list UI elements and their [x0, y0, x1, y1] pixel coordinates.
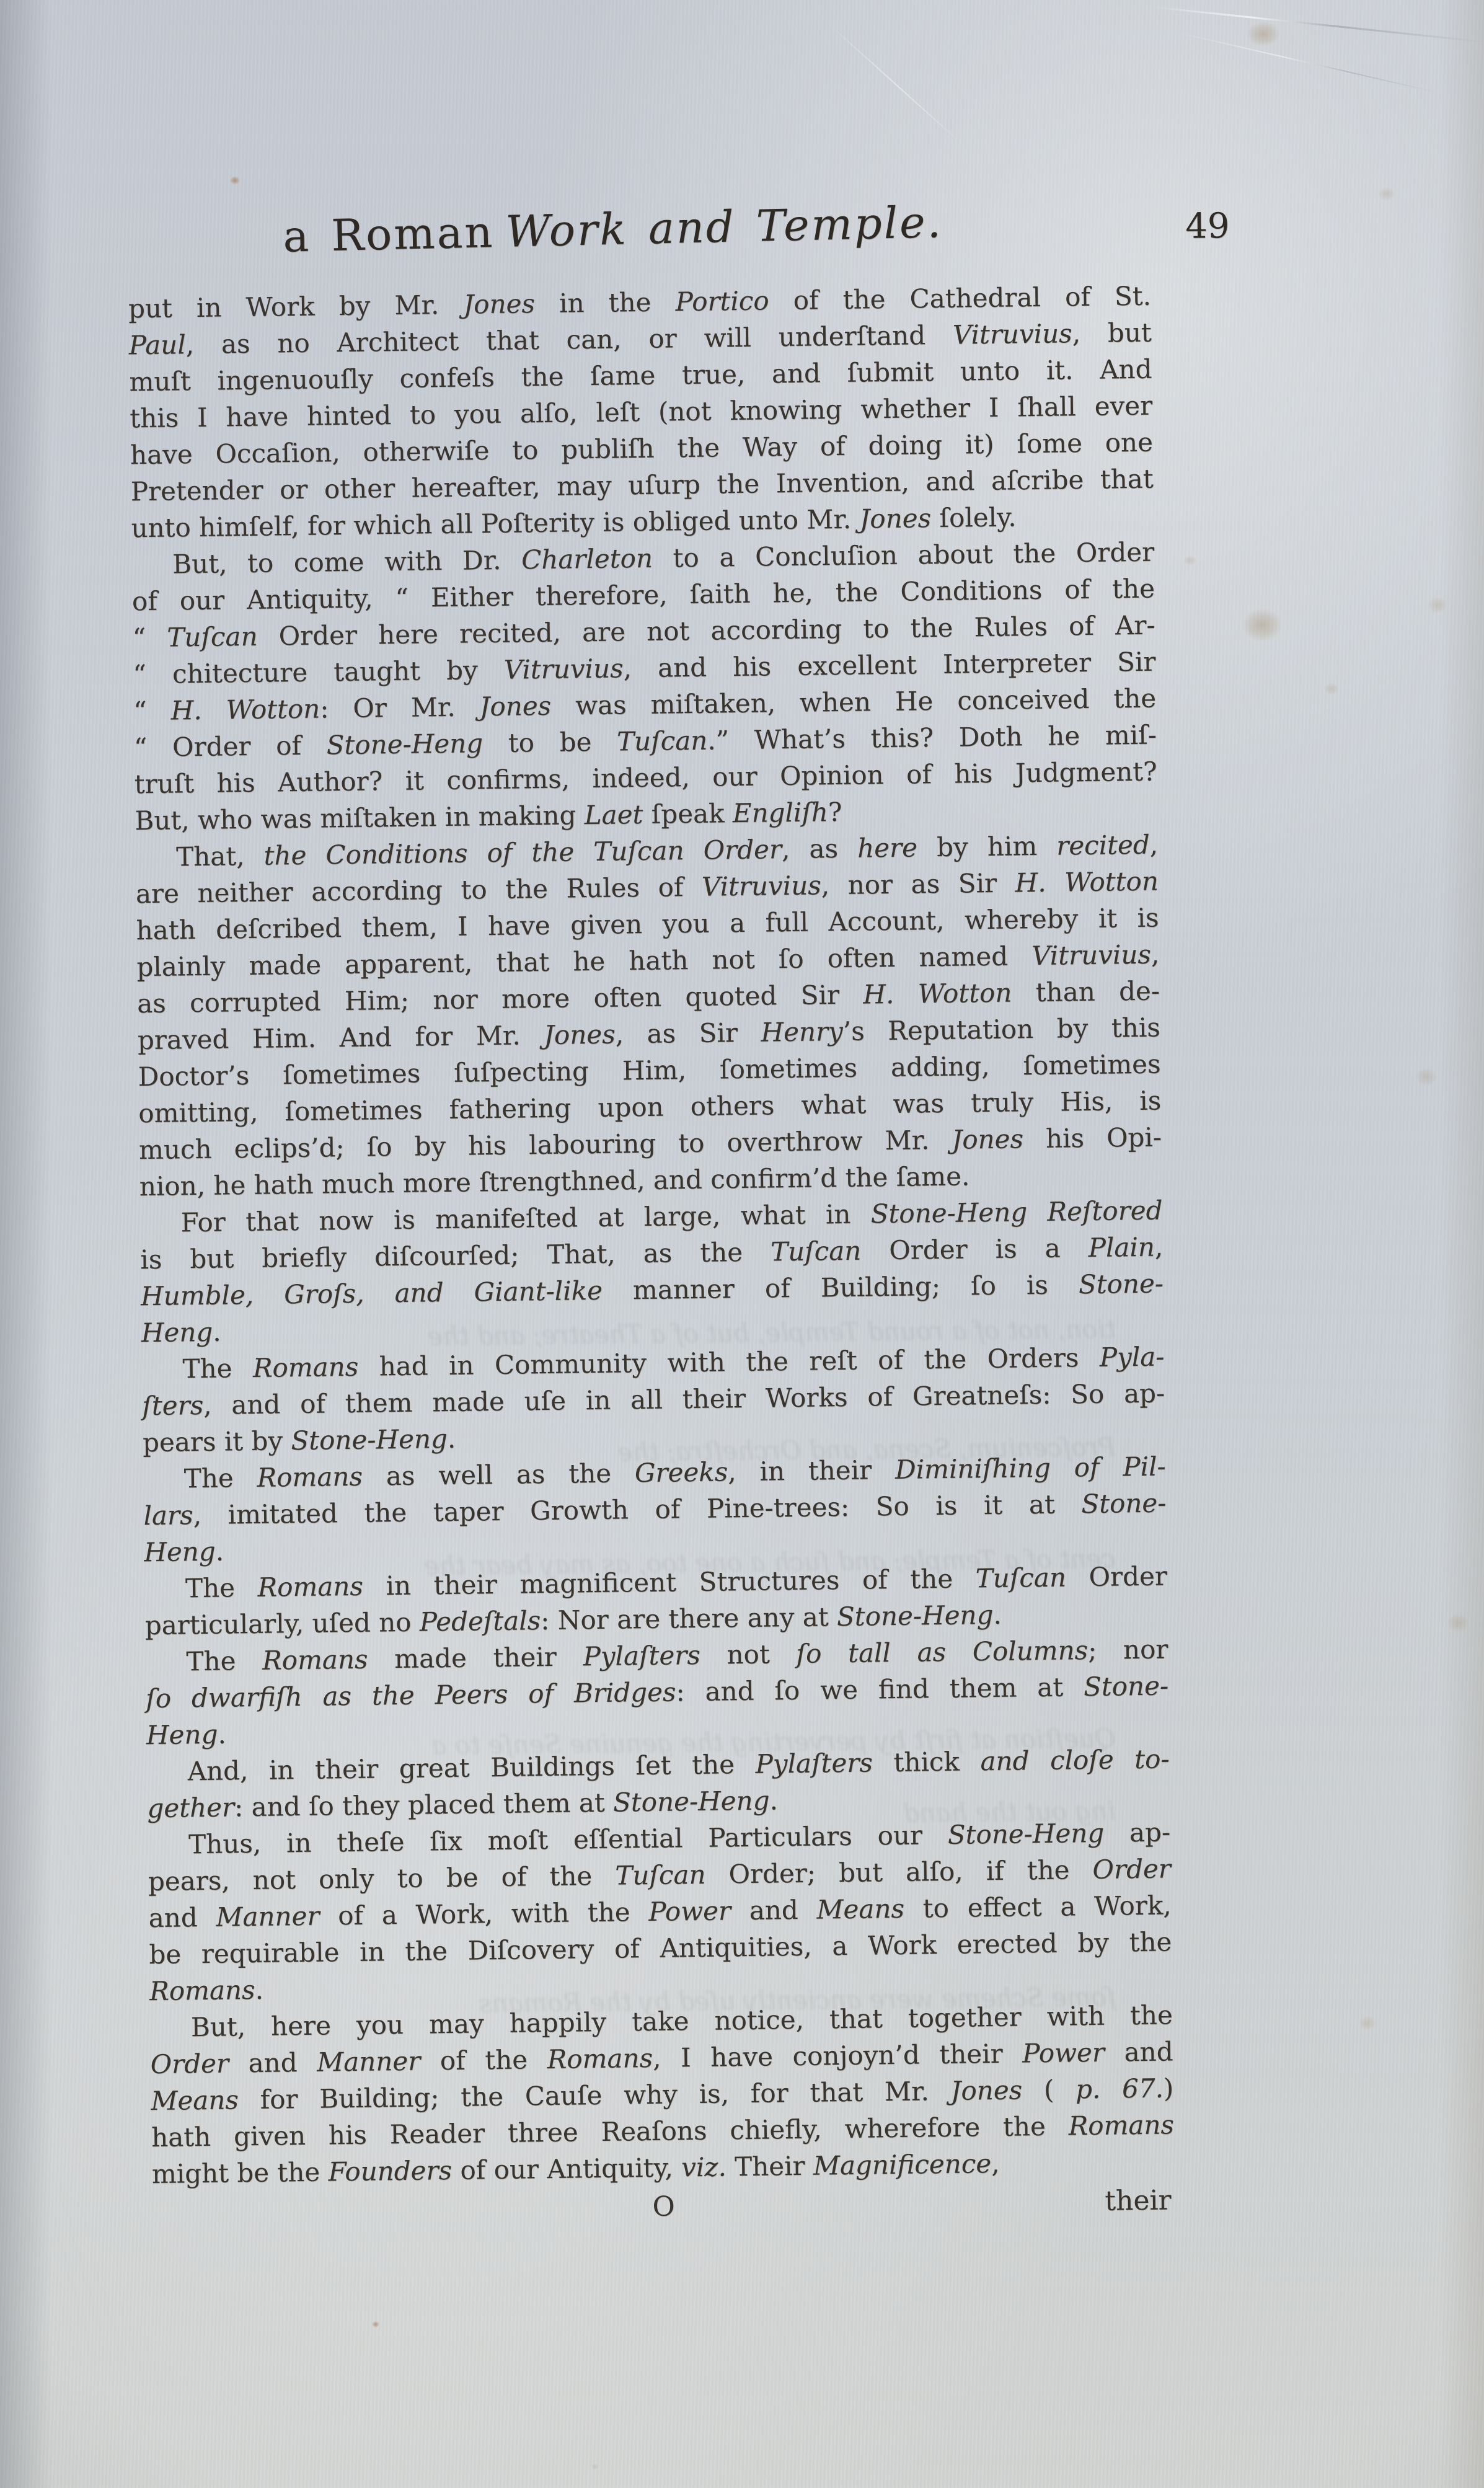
fox-spot [1322, 681, 1341, 697]
paragraph: For that now is manifeſted at large, wha… [139, 1192, 1164, 1352]
catchword: their [1105, 2182, 1172, 2220]
page-number: 49 [1185, 206, 1230, 247]
fox-spot [1443, 1611, 1473, 1636]
fox-spot [1235, 603, 1289, 647]
page-header: a RomanWork and Temple. 49 [127, 197, 1151, 277]
paper-crease [1151, 6, 1484, 43]
body-text: put in Work by Mr. Jones in the Portico … [128, 278, 1175, 2192]
fox-spot [1412, 1065, 1441, 1089]
paragraph: And, in their great Buildings ſet the Py… [146, 1740, 1170, 1826]
running-title-italic: Work and Temple. [505, 197, 943, 257]
paragraph: But, here you may happily take notice, t… [150, 1996, 1175, 2192]
paragraph: The Romans as well as the Greeks, in the… [143, 1448, 1167, 1570]
fox-spot [1181, 554, 1199, 567]
fox-spot [371, 2320, 381, 2329]
paragraph: But, to come with Dr. Charleton to a Con… [131, 534, 1158, 839]
fox-spot [228, 175, 242, 186]
fox-spot [1424, 594, 1451, 616]
fox-spot [1356, 2014, 1379, 2032]
running-title-roman: a Roman [282, 206, 495, 262]
running-title: a RomanWork and Temple. [101, 193, 1124, 267]
paragraph: The Romans in their magnificent Structur… [144, 1557, 1168, 1644]
text-block: a RomanWork and Temple. 49 put in Work b… [127, 197, 1175, 2232]
paragraph: The Romans made their Pylaſters not ſo t… [145, 1631, 1169, 1753]
fox-spot [1241, 17, 1286, 51]
fox-spot [1375, 185, 1398, 203]
paragraph: put in Work by Mr. Jones in the Portico … [128, 278, 1154, 547]
book-page-scan: tion, not of a round Temple, but of a Th… [0, 0, 1484, 2488]
paragraph: Thus, in theſe ſix moſt eſſential Partic… [148, 1813, 1173, 2009]
fox-spot [590, 2463, 600, 2471]
paragraph: That, the Conditions of the Tuſcan Order… [135, 826, 1162, 1205]
paragraph: The Romans had in Community with the reſ… [141, 1338, 1165, 1461]
paper-crease [826, 22, 965, 147]
paper-crease [1178, 32, 1438, 94]
